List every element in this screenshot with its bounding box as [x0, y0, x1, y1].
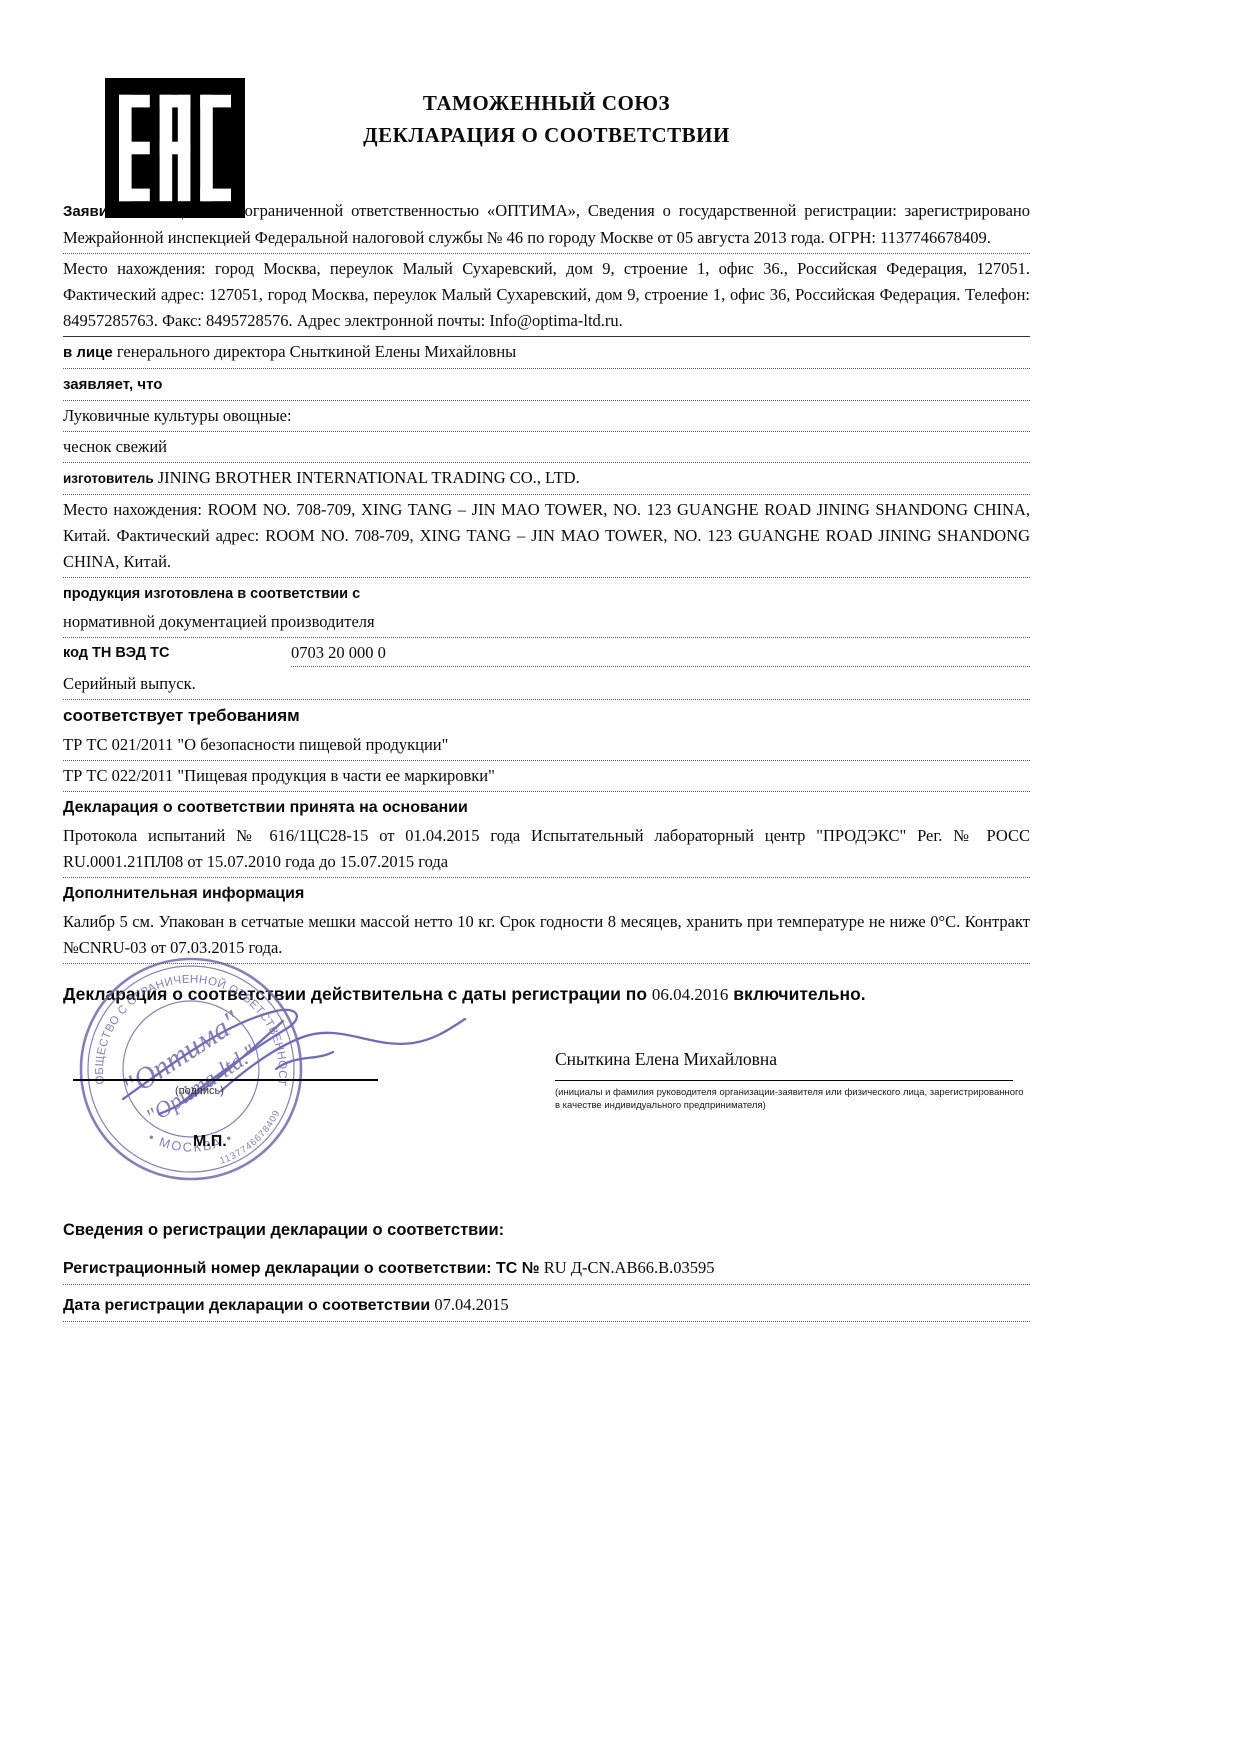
signature-line: [73, 1079, 378, 1081]
registration-date-value: 07.04.2015: [434, 1295, 508, 1314]
validity-date: 06.04.2016: [652, 985, 729, 1004]
tnved-code: 0703 20 000 0: [291, 640, 1030, 667]
basis-header: Декларация о соответствии принята на осн…: [63, 794, 1030, 823]
basis-text: Протокола испытаний № 616/1ЦС28-15 от 01…: [63, 826, 1030, 871]
signature-block: ОБЩЕСТВО С ОГРАНИЧЕННОЙ ОТВЕТСТВЕННОСТЬЮ…: [63, 1009, 1030, 1221]
field-product-name: чеснок свежий: [63, 434, 1030, 463]
eac-logo-icon: [105, 75, 245, 221]
validity-suffix: включительно.: [733, 984, 865, 1004]
field-accordance-label: продукция изготовлена в соответствии с: [63, 580, 1030, 609]
registration-date-row: Дата регистрации декларации о соответств…: [63, 1291, 1030, 1322]
accordance-text: нормативной документацией производителя: [63, 612, 375, 631]
signatory-name-line: [555, 1080, 1013, 1081]
represented-by-label: в лице: [63, 344, 113, 361]
additional-header: Дополнительная информация: [63, 880, 1030, 909]
declares-label: заявляет, что: [63, 376, 162, 393]
signatory-name-caption: (инициалы и фамилия руководителя организ…: [555, 1086, 1025, 1113]
complies-header: соответствует требованиям: [63, 702, 1030, 732]
field-applicant-address: Место нахождения: город Москва, переулок…: [63, 256, 1030, 337]
field-represented-by: в лице генерального директора Сныткиной …: [63, 339, 1030, 369]
complies-header-text: соответствует требованиям: [63, 706, 300, 725]
field-tnved: код ТН ВЭД ТС 0703 20 000 0: [63, 640, 1030, 669]
field-regulation1: ТР ТС 021/2011 "О безопасности пищевой п…: [63, 732, 1030, 761]
manufacturer-name: JINING BROTHER INTERNATIONAL TRADING CO.…: [158, 468, 580, 487]
manufacturer-address-text: Место нахождения: ROOM NO. 708-709, XING…: [63, 500, 1030, 571]
registration-section-header: Сведения о регистрации декларации о соот…: [63, 1221, 1030, 1240]
signature-caption: (подпись): [175, 1085, 224, 1097]
declaration-document: ТАМОЖЕННЫЙ СОЮЗ ДЕКЛАРАЦИЯ О СООТВЕТСТВИ…: [0, 0, 1240, 1754]
field-basis-text: Протокола испытаний № 616/1ЦС28-15 от 01…: [63, 823, 1030, 878]
registration-number-value: RU Д-CN.АВ66.В.03595: [544, 1258, 715, 1277]
regulation1-text: ТР ТС 021/2011 "О безопасности пищевой п…: [63, 735, 448, 754]
registration-date-label: Дата регистрации декларации о соответств…: [63, 1297, 430, 1314]
field-manufacturer-address: Место нахождения: ROOM NO. 708-709, XING…: [63, 497, 1030, 578]
field-declares: заявляет, что: [63, 371, 1030, 401]
registration-number-label: Регистрационный номер декларации о соотв…: [63, 1260, 540, 1277]
basis-header-text: Декларация о соответствии принята на осн…: [63, 799, 468, 816]
serial-text: Серийный выпуск.: [63, 674, 196, 693]
field-regulation2: ТР ТС 022/2011 "Пищевая продукция в част…: [63, 763, 1030, 792]
manufacturer-label: изготовитель: [63, 471, 154, 486]
field-product-group: Луковичные культуры овощные:: [63, 403, 1030, 432]
registration-number-row: Регистрационный номер декларации о соотв…: [63, 1254, 1030, 1285]
company-stamp: ОБЩЕСТВО С ОГРАНИЧЕННОЙ ОТВЕТСТВЕННОСТЬЮ…: [71, 949, 491, 1189]
stamp-place-label: М.П.: [193, 1133, 227, 1151]
tnved-label: код ТН ВЭД ТС: [63, 640, 291, 667]
applicant-address-text: Место нахождения: город Москва, переулок…: [63, 259, 1030, 330]
additional-header-text: Дополнительная информация: [63, 885, 304, 902]
regulation2-text: ТР ТС 022/2011 "Пищевая продукция в част…: [63, 766, 495, 785]
field-accordance-text: нормативной документацией производителя: [63, 609, 1030, 638]
accordance-label: продукция изготовлена в соответствии с: [63, 586, 360, 602]
product-name-text: чеснок свежий: [63, 437, 167, 456]
signatory-name: Сныткина Елена Михайловна: [555, 1049, 777, 1070]
product-group-text: Луковичные культуры овощные:: [63, 406, 292, 425]
document-header: ТАМОЖЕННЫЙ СОЮЗ ДЕКЛАРАЦИЯ О СООТВЕТСТВИ…: [63, 0, 1030, 198]
field-serial: Серийный выпуск.: [63, 671, 1030, 700]
field-manufacturer: изготовитель JINING BROTHER INTERNATIONA…: [63, 465, 1030, 495]
represented-by-text: генерального директора Сныткиной Елены М…: [117, 342, 516, 361]
